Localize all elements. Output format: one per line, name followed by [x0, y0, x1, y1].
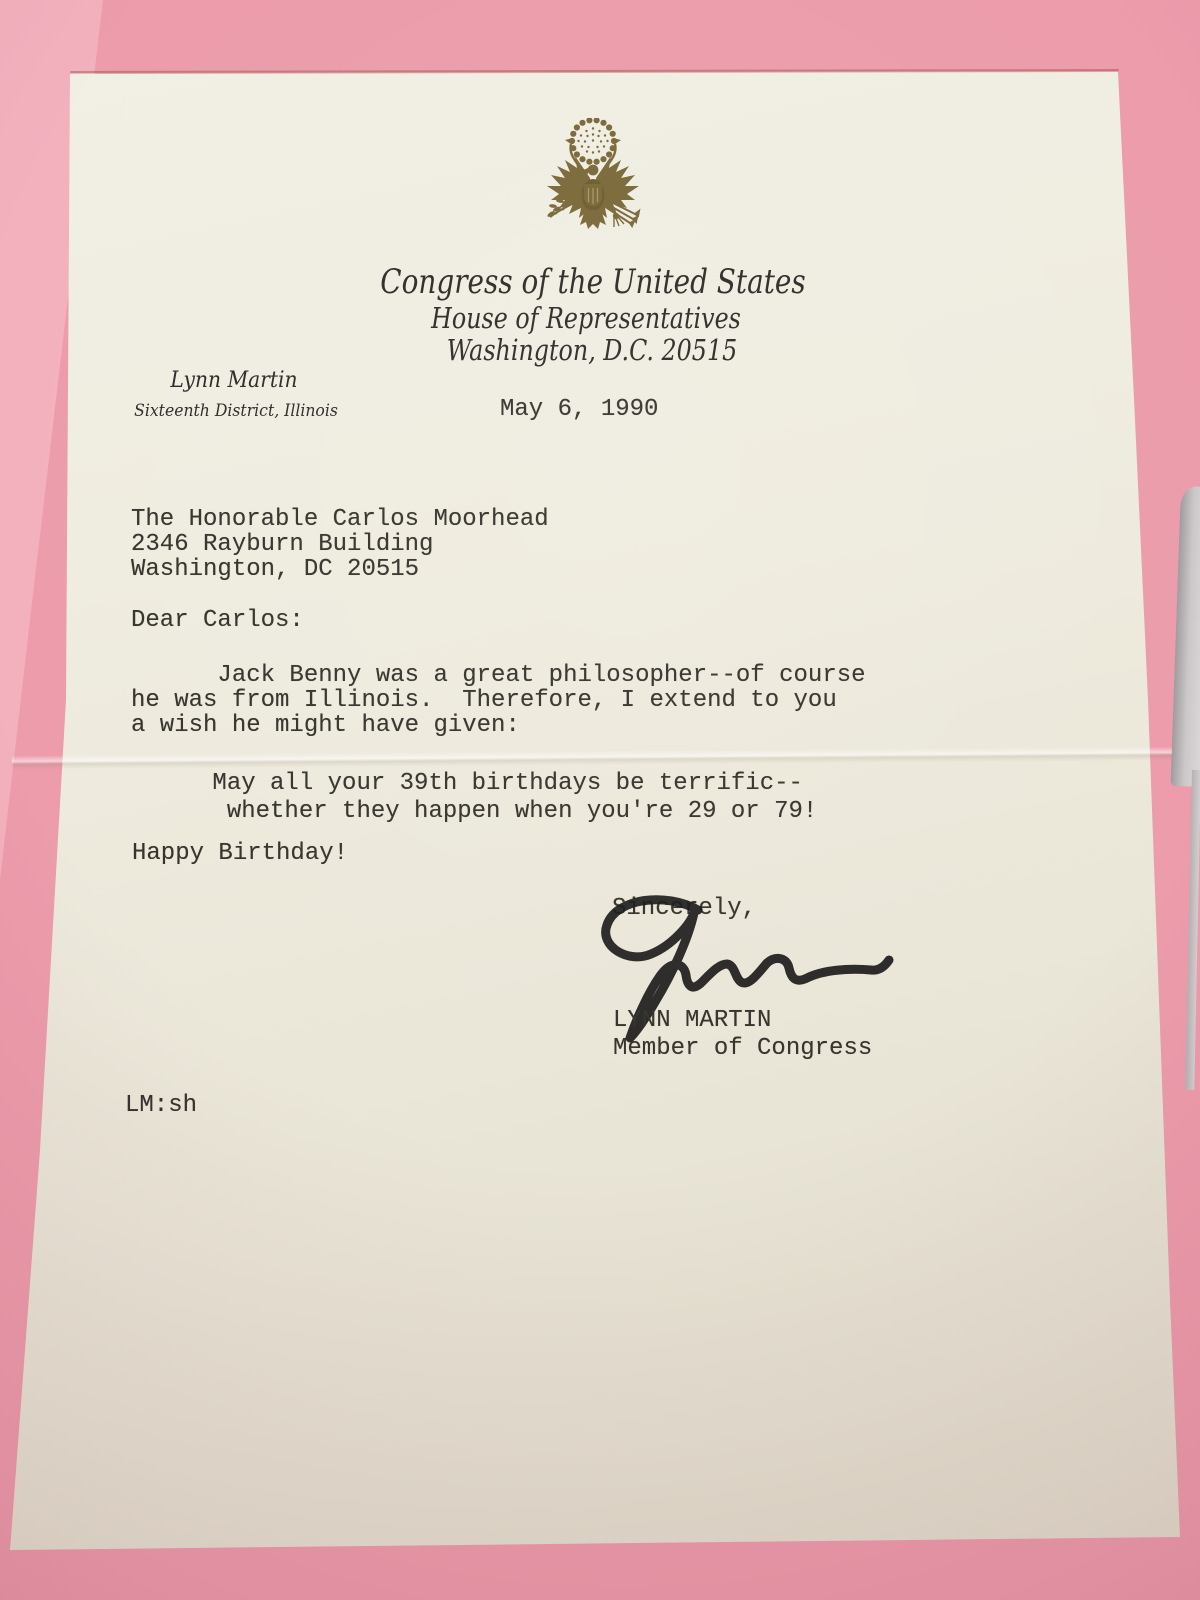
member-name-script: Lynn Martin — [170, 368, 297, 393]
signature-block: LYNN MARTIN Member of Congress — [613, 1007, 872, 1063]
quote-line: May all your 39th birthdays be terrific-… — [126, 770, 817, 798]
member-district-script: Sixteenth District, Illinois — [134, 401, 338, 421]
letterhead-org-line3: Washington, D.C. 20515 — [447, 333, 737, 367]
typist-initials: LM:sh — [125, 1093, 197, 1118]
signer-title: Member of Congress — [613, 1035, 872, 1063]
body-paragraph: Jack Benny was a great philosopher--of c… — [131, 663, 866, 738]
recipient-line: The Honorable Carlos Moorhead — [131, 507, 549, 532]
birthday-line: Happy Birthday! — [132, 841, 348, 866]
letterhead-org-line1: Congress of the United States — [380, 262, 805, 302]
letter-content: Congress of the United States House of R… — [0, 0, 1200, 1600]
signer-name: LYNN MARTIN — [613, 1007, 872, 1035]
recipient-address: The Honorable Carlos Moorhead 2346 Raybu… — [131, 507, 549, 582]
salutation: Dear Carlos: — [131, 608, 304, 633]
body-line: he was from Illinois. Therefore, I exten… — [131, 688, 866, 713]
body-line: a wish he might have given: — [131, 713, 866, 738]
body-line: Jack Benny was a great philosopher--of c… — [131, 663, 866, 688]
quote-line: whether they happen when you're 29 or 79… — [126, 798, 817, 826]
congress-seal-eagle-icon — [527, 118, 659, 252]
recipient-line: 2346 Rayburn Building — [131, 532, 549, 557]
letterhead-org-line2: House of Representatives — [431, 301, 741, 335]
recipient-line: Washington, DC 20515 — [131, 557, 549, 582]
photo-of-letter: Congress of the United States House of R… — [0, 0, 1200, 1600]
date-line: May 6, 1990 — [500, 397, 658, 422]
quoted-wish: May all your 39th birthdays be terrific-… — [126, 770, 817, 826]
